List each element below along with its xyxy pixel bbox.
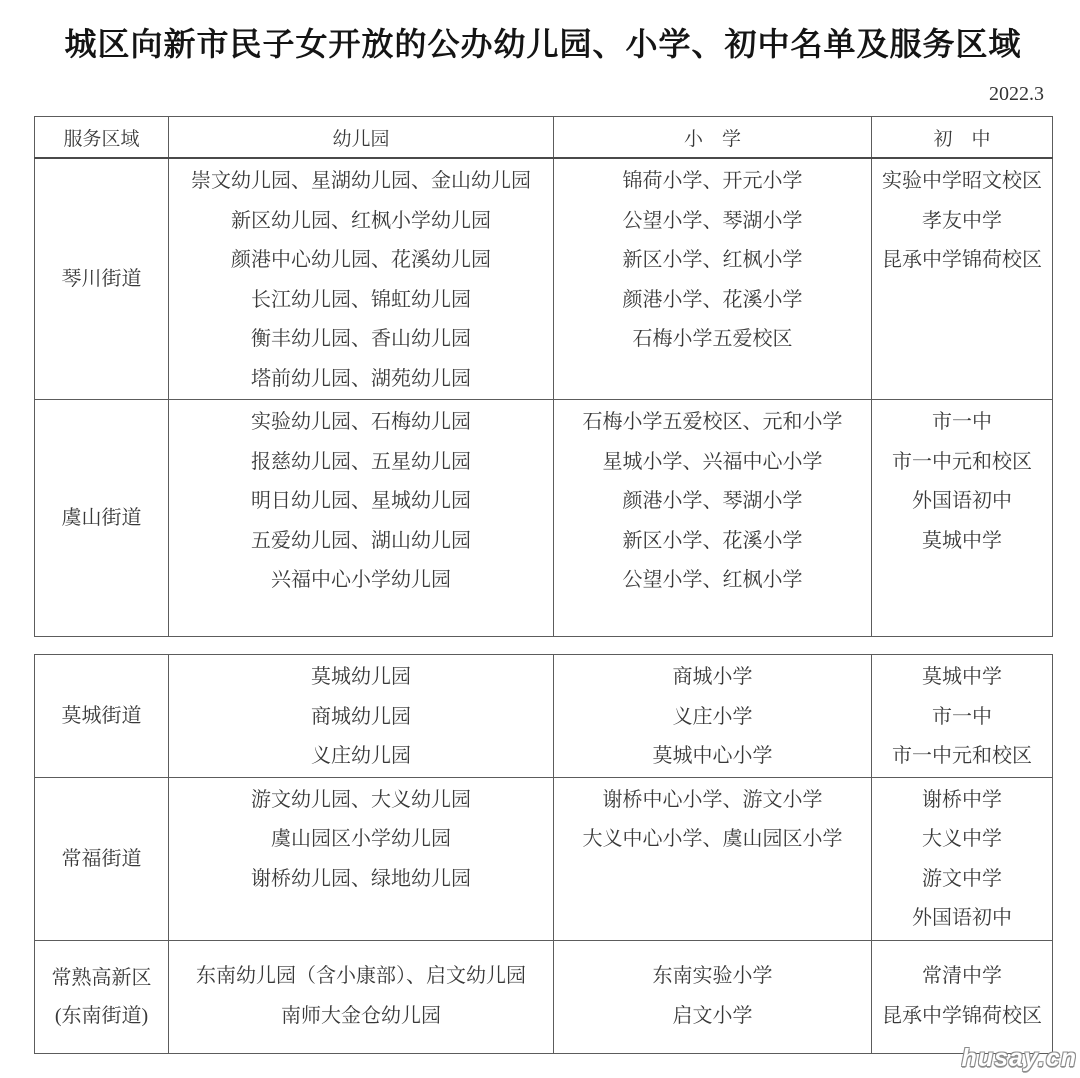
- cell-primary: 锦荷小学、开元小学公望小学、琴湖小学新区小学、红枫小学颜港小学、花溪小学石梅小学…: [554, 158, 872, 400]
- cell-line: 颜港小学、琴湖小学: [554, 482, 871, 522]
- cell-line: 公望小学、红枫小学: [554, 561, 871, 601]
- cell-line: 昆承中学锦荷校区: [872, 997, 1052, 1037]
- table-row-mocheng: 莫城街道 莫城幼儿园商城幼儿园义庄幼儿园 商城小学义庄小学莫城中心小学 莫城中学…: [35, 655, 1053, 778]
- cell-line: 东南幼儿园（含小康部）、启文幼儿园: [169, 957, 553, 997]
- cell-line: 义庄幼儿园: [169, 737, 553, 777]
- cell-line: 衡丰幼儿园、香山幼儿园: [169, 320, 553, 360]
- cell-line: 外国语初中: [872, 482, 1052, 522]
- cell-line: 义庄小学: [554, 698, 871, 738]
- cell-line: 星城小学、兴福中心小学: [554, 443, 871, 483]
- header-middle: 初 中: [872, 117, 1053, 159]
- cell-kindergarten: 东南幼儿园（含小康部）、启文幼儿园南师大金仓幼儿园: [169, 940, 554, 1053]
- cell-line: 外国语初中: [872, 899, 1052, 939]
- cell-line: 报慈幼儿园、五星幼儿园: [169, 443, 553, 483]
- cell-line: 市一中: [872, 403, 1052, 443]
- cell-kindergarten: 莫城幼儿园商城幼儿园义庄幼儿园: [169, 655, 554, 778]
- watermark: husay.cn: [962, 1044, 1077, 1073]
- cell-line: 莫城中学: [872, 522, 1052, 562]
- cell-line: 颜港中心幼儿园、花溪幼儿园: [169, 241, 553, 281]
- cell-line: 大义中心小学、虞山园区小学: [554, 820, 871, 860]
- cell-middle: 市一中市一中元和校区外国语初中莫城中学: [872, 400, 1053, 637]
- cell-line: 新区小学、花溪小学: [554, 522, 871, 562]
- document-page: 城区向新市民子女开放的公办幼儿园、小学、初中名单及服务区域 2022.3 服务区…: [34, 0, 1052, 1054]
- cell-line: 实验幼儿园、石梅幼儿园: [169, 403, 553, 443]
- cell-line: 南师大金仓幼儿园: [169, 997, 553, 1037]
- cell-kindergarten: 实验幼儿园、石梅幼儿园报慈幼儿园、五星幼儿园明日幼儿园、星城幼儿园五爱幼儿园、湖…: [169, 400, 554, 637]
- cell-middle: 莫城中学市一中市一中元和校区: [872, 655, 1053, 778]
- header-region: 服务区域: [35, 117, 169, 159]
- cell-kindergarten: 崇文幼儿园、星湖幼儿园、金山幼儿园新区幼儿园、红枫小学幼儿园颜港中心幼儿园、花溪…: [169, 158, 554, 400]
- cell-line: 孝友中学: [872, 202, 1052, 242]
- cell-line: 谢桥中心小学、游文小学: [554, 781, 871, 821]
- table-row-qinchuan: 琴川街道 崇文幼儿园、星湖幼儿园、金山幼儿园新区幼儿园、红枫小学幼儿园颜港中心幼…: [35, 158, 1053, 400]
- schools-table-upper: 服务区域 幼儿园 小 学 初 中 琴川街道 崇文幼儿园、星湖幼儿园、金山幼儿园新…: [34, 116, 1053, 637]
- table-row-changfu: 常福街道 游文幼儿园、大义幼儿园虞山园区小学幼儿园谢桥幼儿园、绿地幼儿园 谢桥中…: [35, 777, 1053, 940]
- date-label: 2022.3: [34, 82, 1044, 106]
- cell-primary: 石梅小学五爱校区、元和小学星城小学、兴福中心小学颜港小学、琴湖小学新区小学、花溪…: [554, 400, 872, 637]
- cell-line: (东南街道): [35, 997, 168, 1035]
- cell-line: 常福街道: [35, 840, 168, 878]
- header-kindergarten: 幼儿园: [169, 117, 554, 159]
- cell-line: 东南实验小学: [554, 957, 871, 997]
- cell-line: 市一中元和校区: [872, 737, 1052, 777]
- table-row-yushan: 虞山街道 实验幼儿园、石梅幼儿园报慈幼儿园、五星幼儿园明日幼儿园、星城幼儿园五爱…: [35, 400, 1053, 637]
- cell-region: 琴川街道: [35, 158, 169, 400]
- cell-line: 谢桥中学: [872, 781, 1052, 821]
- cell-region: 莫城街道: [35, 655, 169, 778]
- cell-line: 昆承中学锦荷校区: [872, 241, 1052, 281]
- cell-line: 谢桥幼儿园、绿地幼儿园: [169, 860, 553, 900]
- cell-line: 莫城中心小学: [554, 737, 871, 777]
- cell-line: 公望小学、琴湖小学: [554, 202, 871, 242]
- cell-line: 颜港小学、花溪小学: [554, 281, 871, 321]
- cell-line: 商城幼儿园: [169, 698, 553, 738]
- cell-line: 崇文幼儿园、星湖幼儿园、金山幼儿园: [169, 162, 553, 202]
- cell-line: 长江幼儿园、锦虹幼儿园: [169, 281, 553, 321]
- cell-line: 虞山街道: [35, 499, 168, 537]
- cell-line: 游文中学: [872, 860, 1052, 900]
- cell-line: 兴福中心小学幼儿园: [169, 561, 553, 601]
- cell-line: 明日幼儿园、星城幼儿园: [169, 482, 553, 522]
- cell-line: 实验中学昭文校区: [872, 162, 1052, 202]
- cell-line: 大义中学: [872, 820, 1052, 860]
- cell-line: 市一中元和校区: [872, 443, 1052, 483]
- cell-line: 游文幼儿园、大义幼儿园: [169, 781, 553, 821]
- cell-middle: 常清中学昆承中学锦荷校区: [872, 940, 1053, 1053]
- cell-region: 虞山街道: [35, 400, 169, 637]
- cell-line: 新区小学、红枫小学: [554, 241, 871, 281]
- cell-line: 石梅小学五爱校区: [554, 320, 871, 360]
- cell-line: 石梅小学五爱校区、元和小学: [554, 403, 871, 443]
- cell-line: 五爱幼儿园、湖山幼儿园: [169, 522, 553, 562]
- cell-region: 常福街道: [35, 777, 169, 940]
- table-header-row: 服务区域 幼儿园 小 学 初 中: [35, 117, 1053, 159]
- cell-line: 莫城中学: [872, 658, 1052, 698]
- cell-primary: 商城小学义庄小学莫城中心小学: [554, 655, 872, 778]
- cell-line: 启文小学: [554, 997, 871, 1037]
- cell-primary: 谢桥中心小学、游文小学大义中心小学、虞山园区小学: [554, 777, 872, 940]
- cell-line: 常清中学: [872, 957, 1052, 997]
- cell-region: 常熟高新区(东南街道): [35, 940, 169, 1053]
- cell-middle: 实验中学昭文校区孝友中学昆承中学锦荷校区: [872, 158, 1053, 400]
- cell-line: 琴川街道: [35, 260, 168, 298]
- cell-kindergarten: 游文幼儿园、大义幼儿园虞山园区小学幼儿园谢桥幼儿园、绿地幼儿园: [169, 777, 554, 940]
- cell-line: 商城小学: [554, 658, 871, 698]
- cell-line: 常熟高新区: [35, 959, 168, 997]
- cell-primary: 东南实验小学启文小学: [554, 940, 872, 1053]
- cell-line: 塔前幼儿园、湖苑幼儿园: [169, 360, 553, 400]
- header-primary: 小 学: [554, 117, 872, 159]
- cell-line: 虞山园区小学幼儿园: [169, 820, 553, 860]
- cell-middle: 谢桥中学大义中学游文中学外国语初中: [872, 777, 1053, 940]
- cell-line: 新区幼儿园、红枫小学幼儿园: [169, 202, 553, 242]
- schools-table-lower: 莫城街道 莫城幼儿园商城幼儿园义庄幼儿园 商城小学义庄小学莫城中心小学 莫城中学…: [34, 654, 1053, 1054]
- page-title: 城区向新市民子女开放的公办幼儿园、小学、初中名单及服务区域: [34, 24, 1052, 64]
- cell-line: 市一中: [872, 698, 1052, 738]
- cell-line: 莫城街道: [35, 697, 168, 735]
- cell-line: 锦荷小学、开元小学: [554, 162, 871, 202]
- cell-line: 莫城幼儿园: [169, 658, 553, 698]
- table-row-gaoxinqu: 常熟高新区(东南街道) 东南幼儿园（含小康部）、启文幼儿园南师大金仓幼儿园 东南…: [35, 940, 1053, 1053]
